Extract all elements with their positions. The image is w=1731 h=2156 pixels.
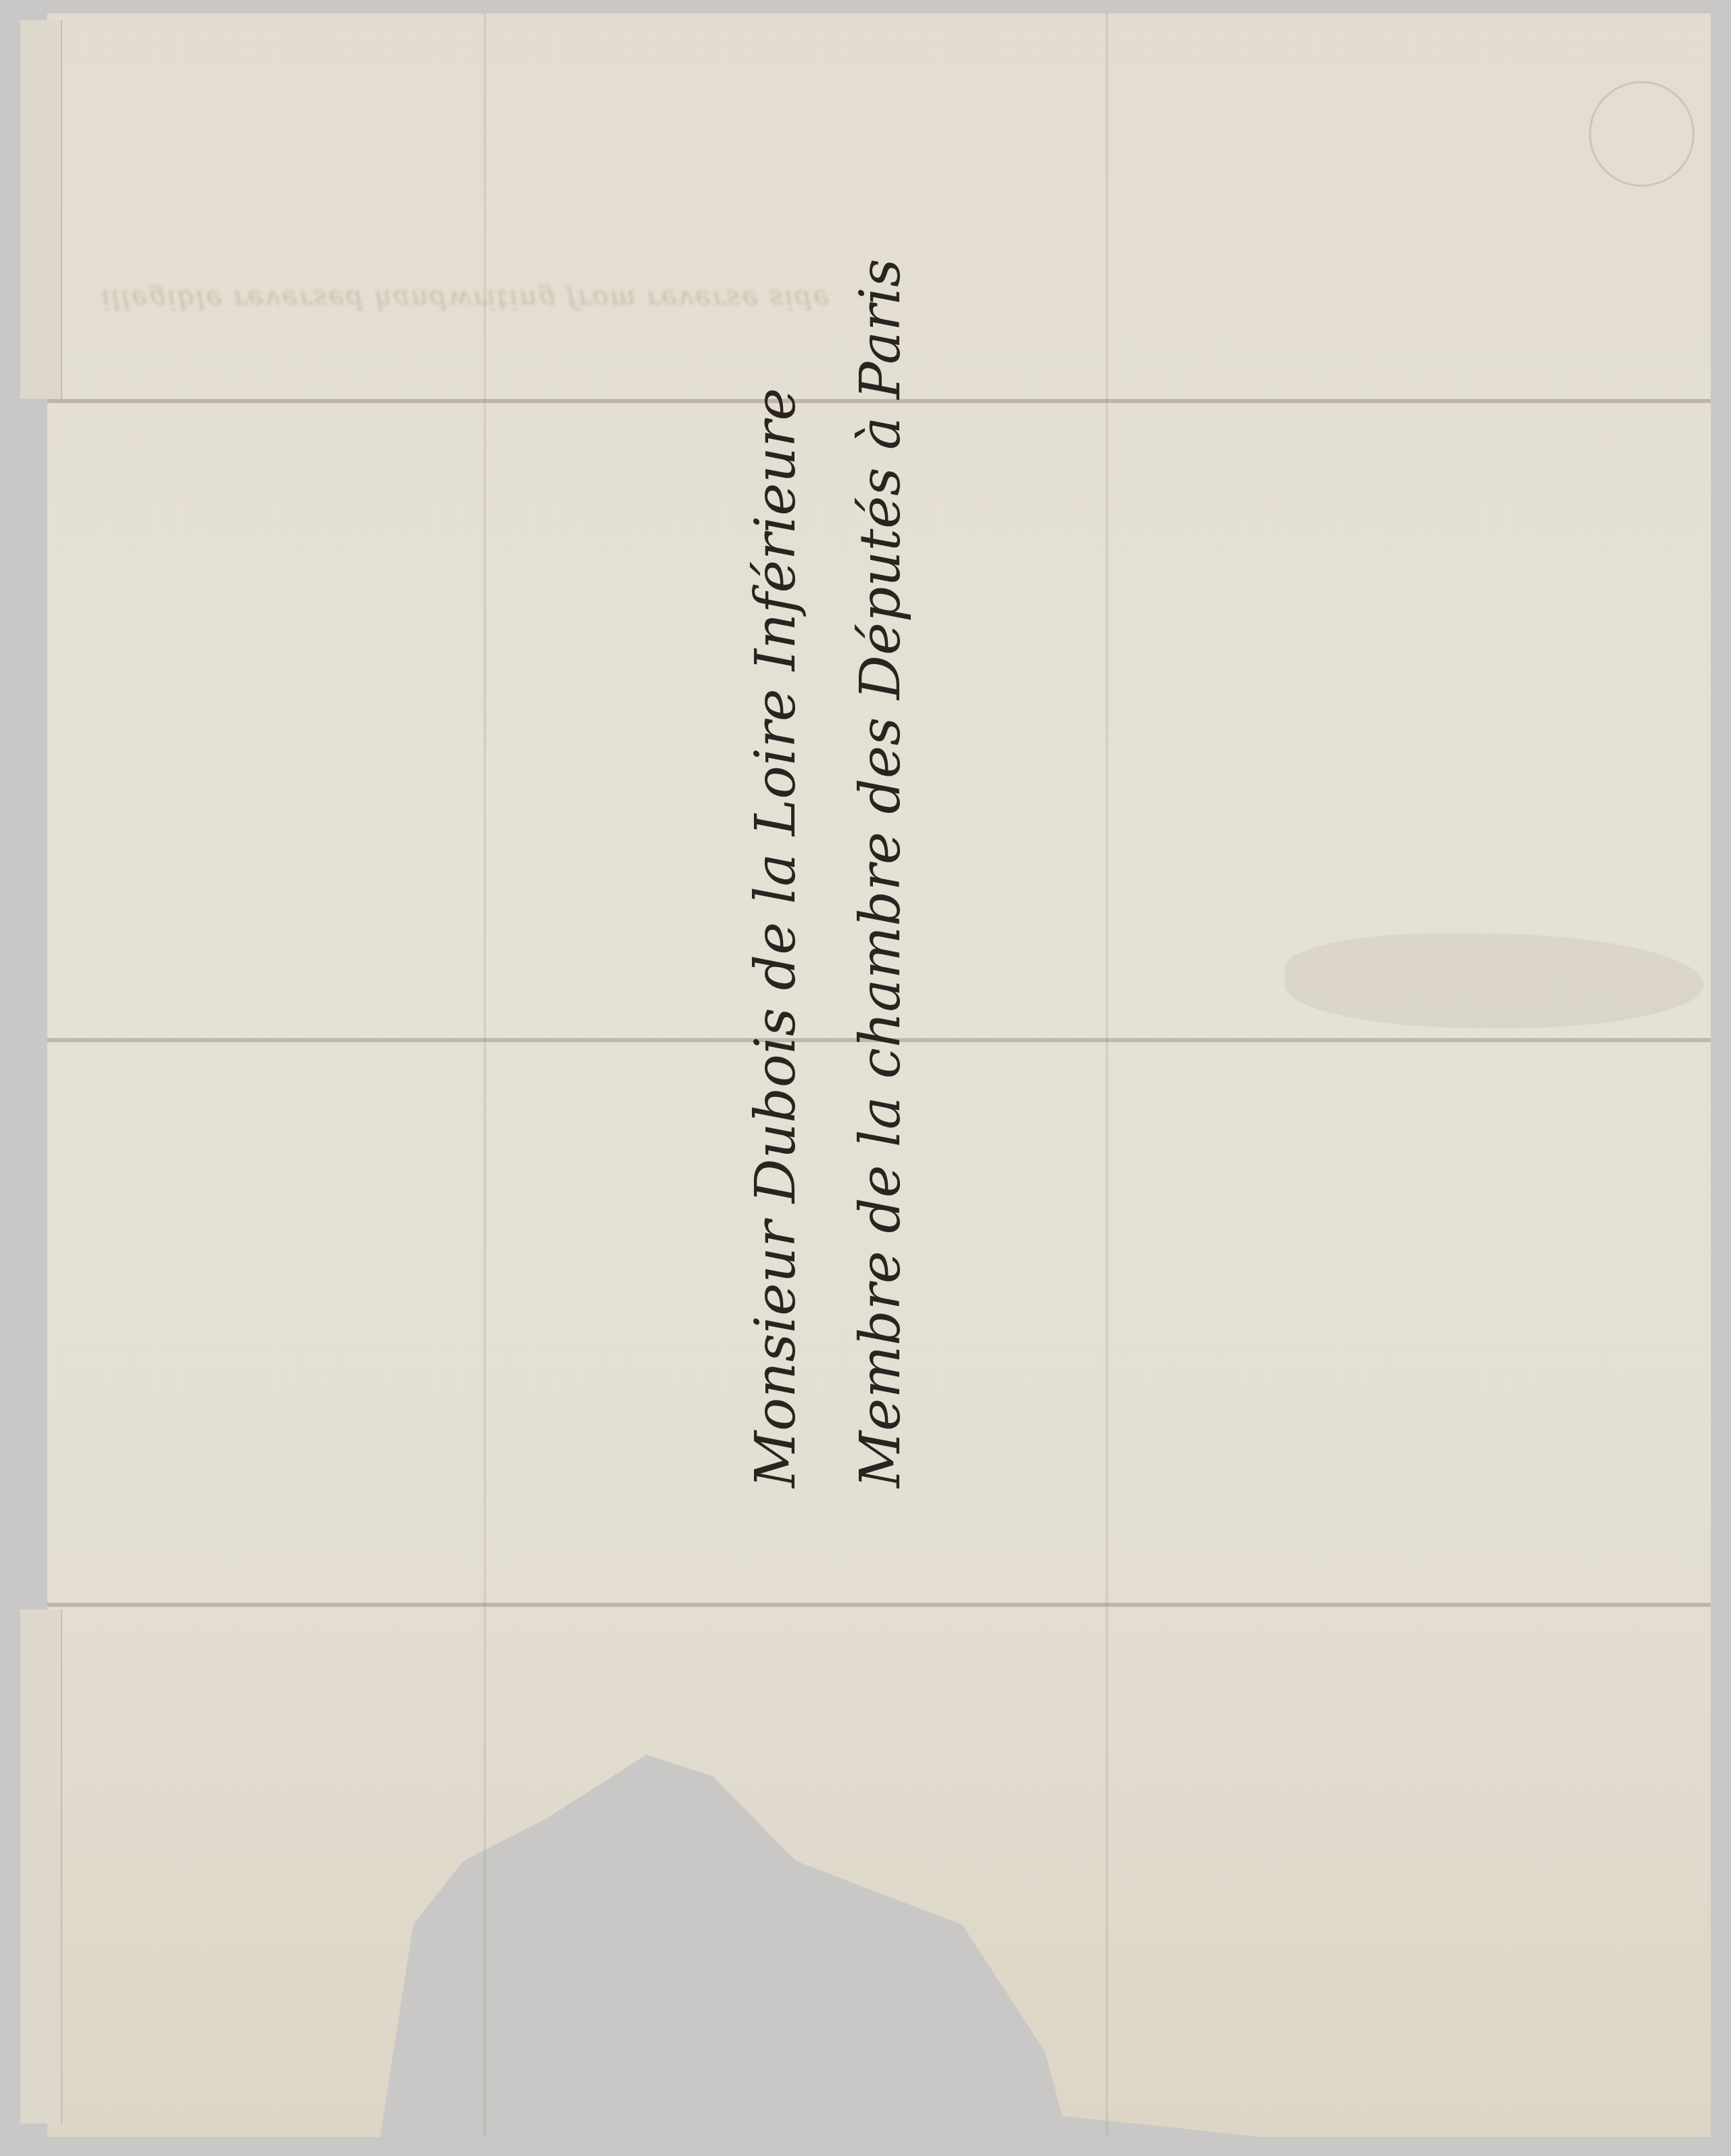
left-flap-bottom	[20, 1610, 62, 2124]
left-flap-top	[20, 20, 62, 399]
address-line-2: Membre de la chambre des Députés à Paris	[849, 258, 913, 1488]
fold-line-vertical-right	[1106, 14, 1108, 2137]
faint-postmark	[1589, 81, 1694, 187]
fold-line-bottom	[47, 1603, 1711, 1607]
address-line-1: Monsieur Dubois de la Loire Inférieure	[744, 388, 808, 1488]
bleed-through-text: illegible reversed handwriting from reve…	[101, 284, 1454, 315]
fold-line-vertical-left	[483, 14, 486, 2137]
